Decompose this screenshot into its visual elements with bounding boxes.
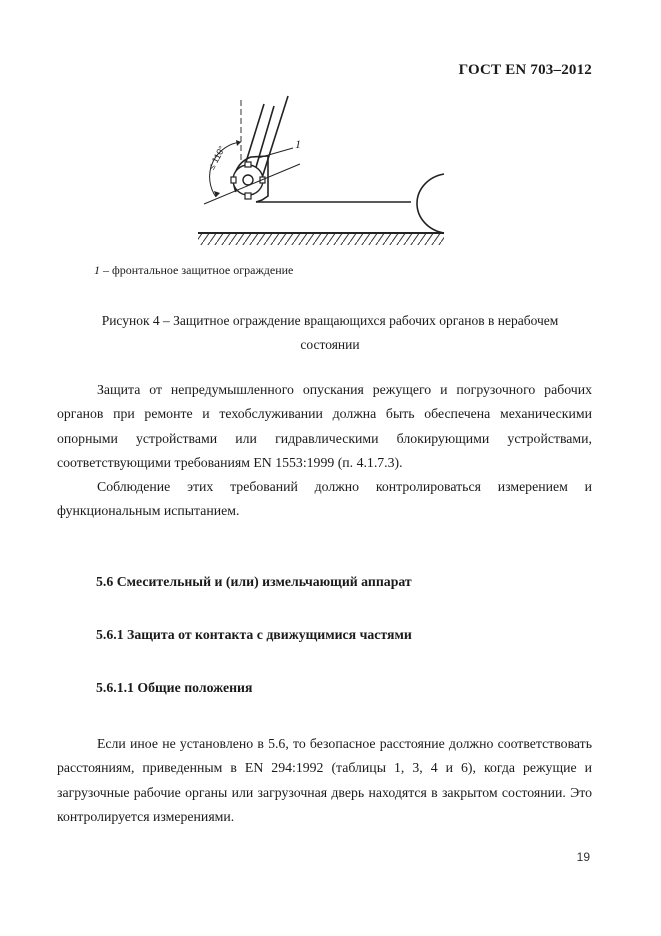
paragraph-verification: Соблюдение этих требований должно контро… xyxy=(57,475,592,524)
callout-1: 1 xyxy=(295,137,301,151)
figure-caption: Рисунок 4 – Защитное ограждение вращающи… xyxy=(60,309,600,357)
machine-guard-diagram: ≤ 110° 1 xyxy=(196,92,446,252)
angle-label: ≤ 110° xyxy=(206,144,227,171)
heading-5-6: 5.6 Смесительный и (или) измельчающий ап… xyxy=(96,574,412,590)
caption-line-2: состоянии xyxy=(60,333,600,357)
document-code-header: ГОСТ EN 703–2012 xyxy=(440,62,592,79)
figure-legend: 1 – фронтальное защитное ограждение xyxy=(94,263,293,278)
page-number: 19 xyxy=(560,850,590,864)
legend-text: – фронтальное защитное ограждение xyxy=(100,263,293,277)
caption-line-1: Рисунок 4 – Защитное ограждение вращающи… xyxy=(60,309,600,333)
figure-4-drawing: ≤ 110° 1 xyxy=(196,92,446,252)
heading-5-6-1-1: 5.6.1.1 Общие положения xyxy=(96,680,252,696)
paragraph-support-devices: Защита от непредумышленного опускания ре… xyxy=(57,378,592,475)
heading-5-6-1: 5.6.1 Защита от контакта с движущимися ч… xyxy=(96,627,412,643)
paragraph-safety-distance: Если иное не установлено в 5.6, то безоп… xyxy=(57,732,592,829)
